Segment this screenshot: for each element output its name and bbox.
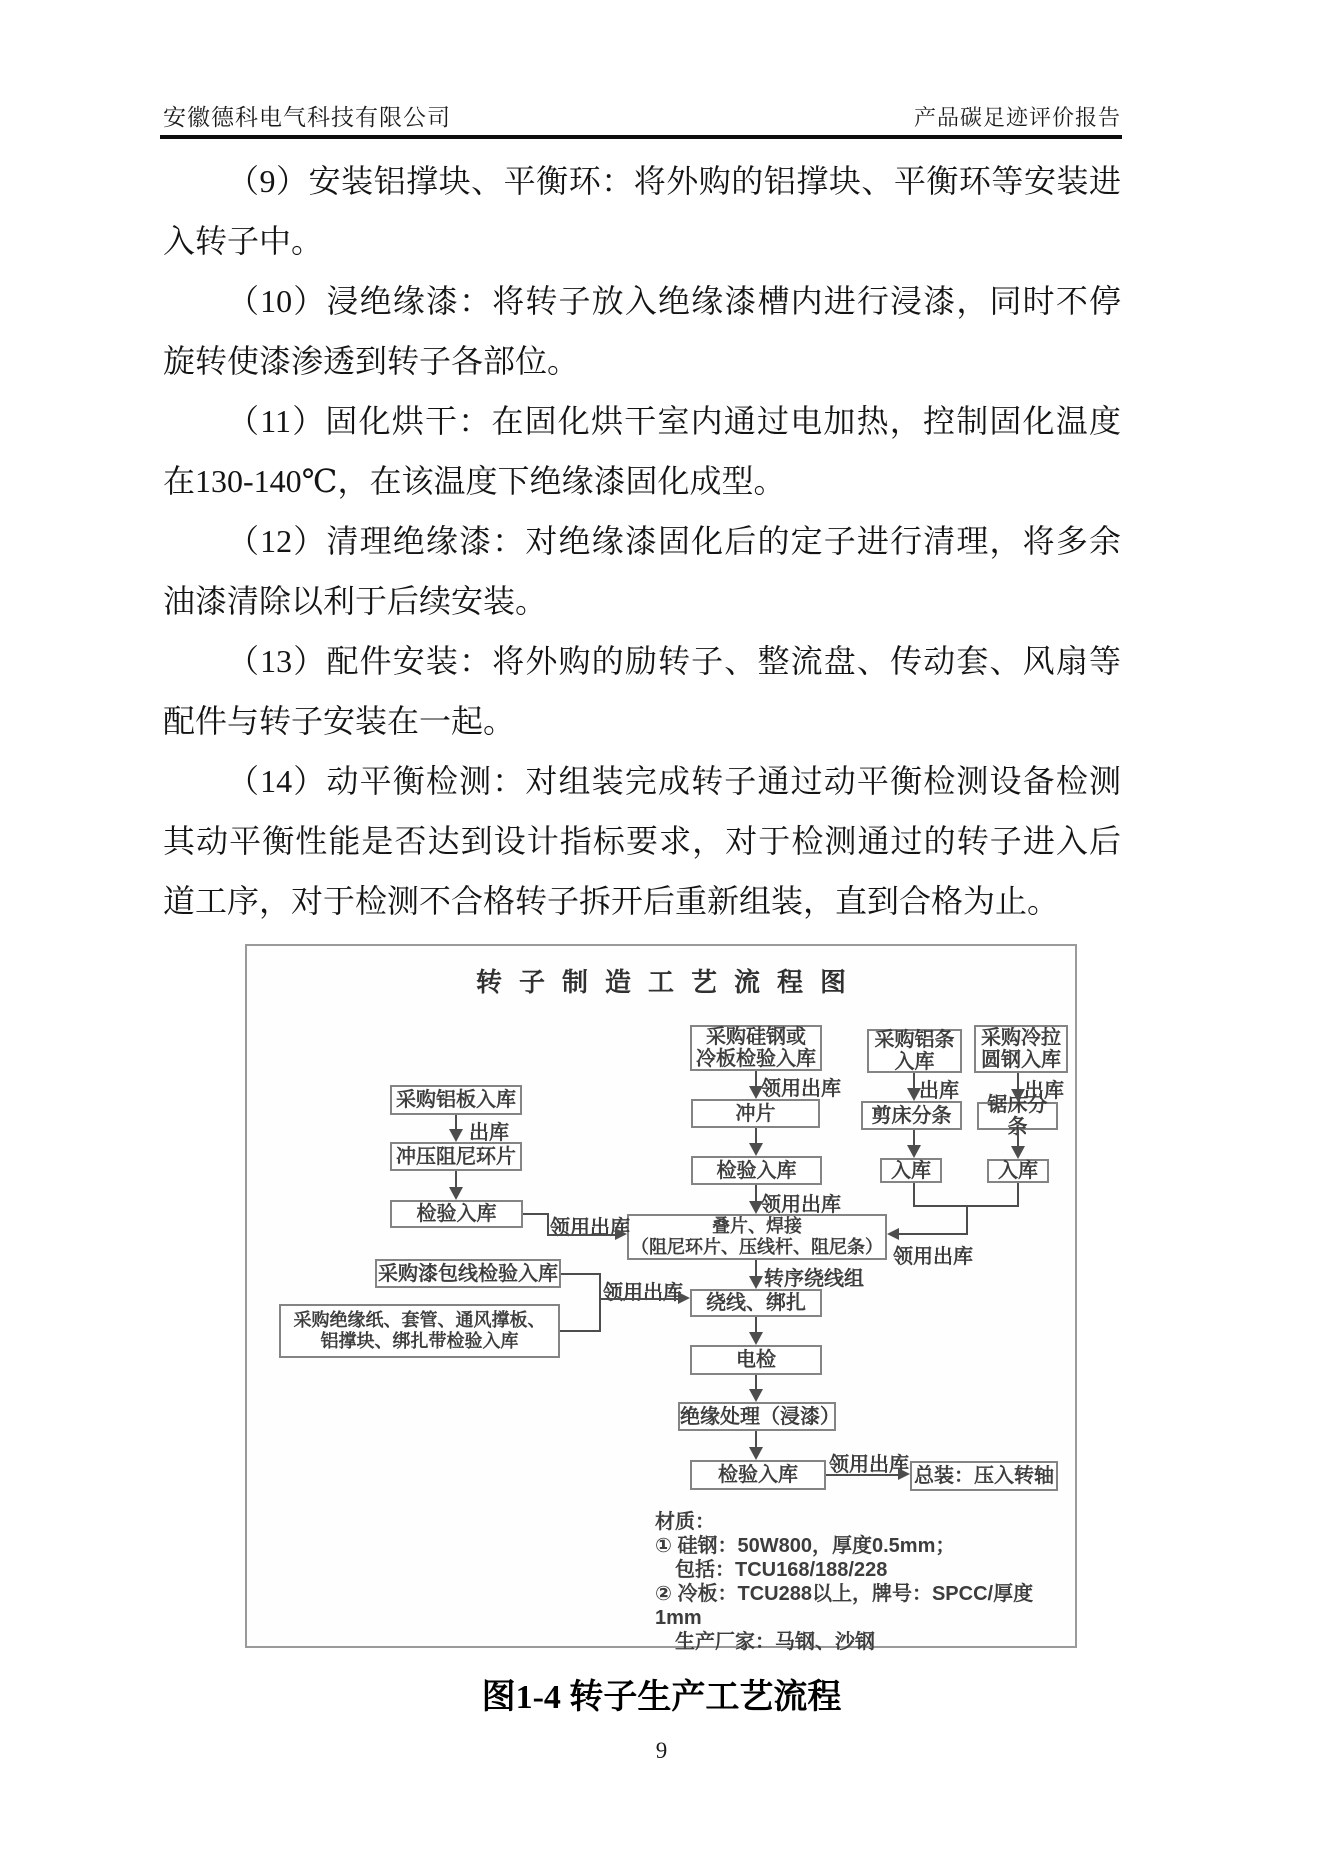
node-insulation-dipping: 绝缘处理（浸漆） [678,1402,836,1431]
note-line: ① 硅钢：50W800，厚度0.5mm； [655,1534,1075,1558]
connector-line [755,1071,757,1087]
node-punching: 冲片 [691,1099,820,1128]
node-purchase-al-strip: 采购铝条 入库 [867,1029,962,1073]
label-out-c: 出库 [919,1074,959,1103]
arrow-down-icon [907,1088,921,1101]
paragraph-12: （12）清理绝缘漆：对绝缘漆固化后的定子进行清理，将多余油漆清除以利于后续安装。 [163,511,1121,631]
arrow-down-icon [749,1389,763,1402]
paragraph-11: （11）固化烘干：在固化烘干室内通过电加热，控制固化温度在130-140℃，在该… [163,391,1121,511]
connector-line [913,1130,915,1145]
node-stacking-welding: 叠片、焊接 （阻尼环片、压线杆、阻尼条） [627,1214,887,1260]
connector-line [547,1213,549,1235]
connector-line [755,1317,757,1332]
body-text: （9）安装铝撑块、平衡环：将外购的铝撑块、平衡环等安装进入转子中。 （10）浸绝… [163,151,1121,931]
node-punch-damper-ring: 冲压阻尼环片 [390,1142,522,1171]
arrow-left-icon [887,1228,899,1240]
arrow-down-icon [749,1086,763,1099]
node-saw-cutting: 锯床分条 [977,1102,1058,1130]
node-electrical-test: 电检 [690,1345,822,1375]
connector-line [913,1073,915,1089]
connector-line [966,1205,968,1235]
note-line: 生产厂家：马钢、沙钢 [655,1630,1075,1654]
arrow-down-icon [749,1447,763,1460]
note-line: 包括：TCU168/188/228 [655,1558,1075,1582]
flowchart-rotor-process: 转子制造工艺流程图 采购硅钢或 冷板检验入库 冲片 检验入库 叠片、焊接 （阻尼… [245,944,1077,1648]
connector-line [755,1375,757,1389]
label-out-d: 出库 [1024,1074,1064,1103]
document-page: 安徽德科电气科技有限公司 产品碳足迹评价报告 （9）安装铝撑块、平衡环：将外购的… [0,0,1323,1871]
note-line: 材质： [655,1510,1075,1534]
arrow-down-icon [749,1332,763,1345]
flowchart-title: 转子制造工艺流程图 [247,962,1075,999]
connector-line [599,1273,601,1332]
node-in-storage-d: 入库 [987,1159,1049,1183]
connector-line [1017,1073,1019,1089]
material-notes: 材质： ① 硅钢：50W800，厚度0.5mm； 包括：TCU168/188/2… [655,1510,1075,1654]
note-line: ② 冷板：TCU288以上，牌号：SPCC/厚度1mm [655,1582,1075,1630]
header-report-title: 产品碳足迹评价报告 [914,101,1121,132]
node-winding-binding: 绕线、绑扎 [690,1289,822,1317]
paragraph-13: （13）配件安装：将外购的励转子、整流盘、传动套、风扇等配件与转子安装在一起。 [163,631,1121,751]
arrow-down-icon [1011,1089,1025,1102]
arrow-down-icon [749,1276,763,1289]
arrow-right-icon [898,1468,910,1480]
paragraph-9: （9）安装铝撑块、平衡环：将外购的铝撑块、平衡环等安装进入转子中。 [163,151,1121,271]
node-inspect-in-mid: 检验入库 [691,1156,822,1185]
connector-line [913,1183,915,1207]
label-collect-out-e: 领用出库 [603,1276,683,1305]
paragraph-14: （14）动平衡检测：对组装完成转子通过动平衡检测设备检测其动平衡性能是否达到设计… [163,751,1121,931]
label-collect-out-join: 领用出库 [893,1240,973,1269]
arrow-down-icon [449,1129,463,1142]
label-transfer-winding: 转序绕线组 [764,1262,864,1291]
label-collect-out-final: 领用出库 [829,1448,909,1477]
paragraph-10: （10）浸绝缘漆：将转子放入绝缘漆槽内进行浸漆，同时不停旋转使漆渗透到转子各部位… [163,271,1121,391]
node-inspect-in-final: 检验入库 [690,1460,826,1490]
figure-caption: 图1-4 转子生产工艺流程 [0,1669,1323,1718]
page-number: 9 [0,1738,1323,1764]
node-inspect-in-a: 检验入库 [390,1200,523,1228]
connector-line [755,1128,757,1143]
connector-line [755,1431,757,1447]
connector-line [1017,1130,1019,1146]
node-shear-cutting: 剪床分条 [861,1101,962,1130]
connector-line [561,1273,601,1275]
label-collect-out-2: 领用出库 [761,1188,841,1217]
arrow-down-icon [749,1143,763,1156]
node-purchase-silicon-steel: 采购硅钢或 冷板检验入库 [690,1025,822,1071]
node-in-storage-c: 入库 [880,1158,942,1183]
node-purchase-insulation-parts: 采购绝缘纸、套管、通风撑板、 铝撑块、绑扎带检验入库 [279,1304,560,1358]
header-rule [160,135,1122,139]
arrow-down-icon [1011,1146,1025,1159]
node-purchase-al-plate: 采购铝板入库 [390,1085,522,1115]
connector-line [560,1330,601,1332]
header-company: 安徽德科电气科技有限公司 [163,99,451,132]
arrow-right-icon [615,1228,627,1240]
arrow-down-icon [449,1187,463,1200]
arrow-down-icon [749,1201,763,1214]
connector-line [547,1234,615,1236]
connector-line [455,1171,457,1187]
connector-line [599,1298,678,1300]
connector-line [755,1185,757,1201]
node-purchase-enameled-wire: 采购漆包线检验入库 [375,1259,561,1288]
connector-line [899,1233,966,1235]
node-final-assembly: 总装：压入转轴 [910,1461,1058,1491]
connector-line [523,1213,549,1215]
node-purchase-cold-drawn: 采购冷拉 圆钢入库 [974,1025,1068,1073]
arrow-right-icon [678,1292,690,1304]
connector-line [1017,1183,1019,1207]
label-out-a: 出库 [469,1116,509,1145]
connector-line [455,1115,457,1129]
label-collect-out-1: 领用出库 [761,1072,841,1101]
connector-line [826,1474,898,1476]
connector-line [755,1260,757,1276]
arrow-down-icon [907,1145,921,1158]
